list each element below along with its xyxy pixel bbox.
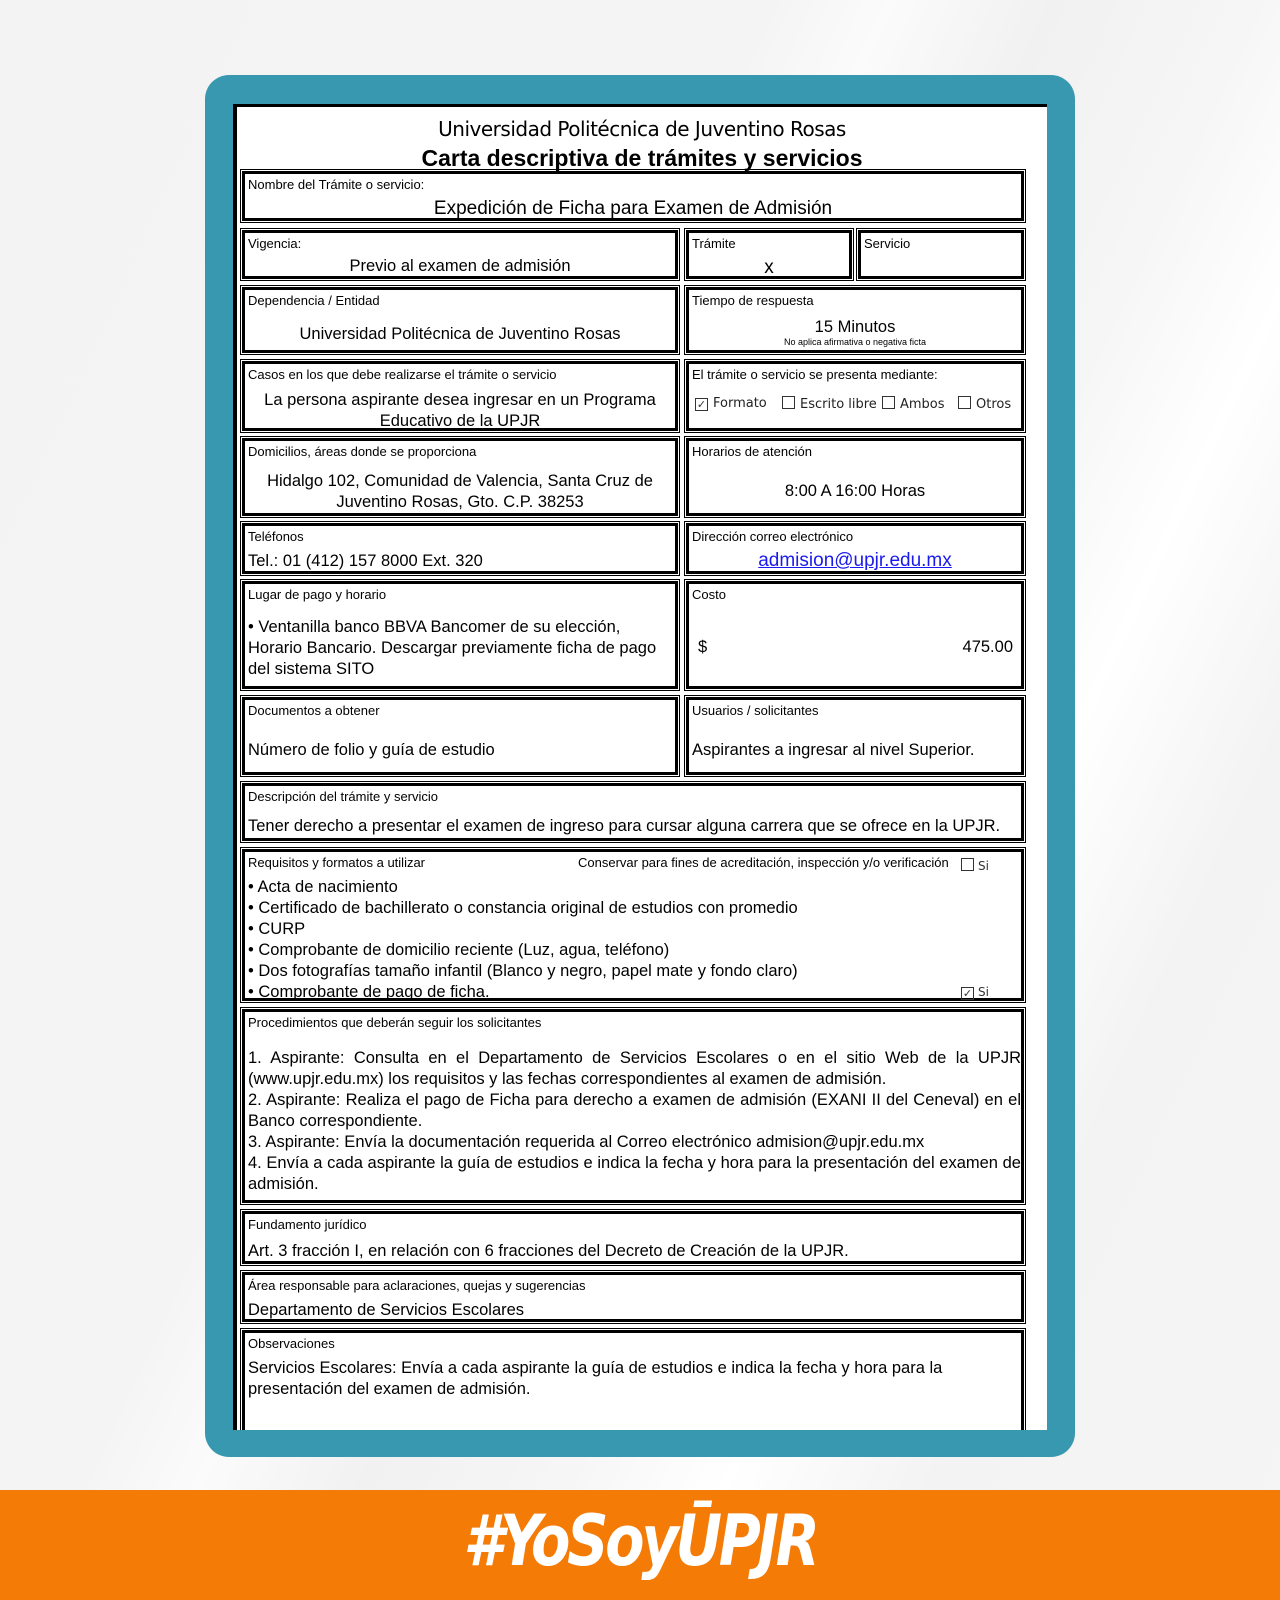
checkbox-icon[interactable] (961, 858, 974, 871)
procedure-step: 2. Aspirante: Realiza el pago de Ficha p… (248, 1090, 1021, 1132)
field-nombre: Nombre del Trámite o servicio: Expedició… (242, 171, 1024, 221)
field-label: Nombre del Trámite o servicio: (248, 177, 424, 192)
option-label: Ambos (900, 397, 945, 412)
field-value: admision@upjr.edu.mx (689, 550, 1021, 571)
field-label: Área responsable para aclaraciones, quej… (248, 1278, 585, 1293)
footer-banner: #YoSoyŪPJR (0, 1490, 1280, 1600)
option-escrito-libre[interactable]: Escrito libre (782, 396, 877, 412)
field-documentos: Documentos a obtener Número de folio y g… (242, 697, 678, 775)
field-label: Documentos a obtener (248, 703, 380, 718)
list-item: • CURP (248, 919, 798, 940)
conservar-label: Conservar para fines de acreditación, in… (578, 855, 949, 870)
field-label: Procedimientos que deberán seguir los so… (248, 1015, 541, 1030)
field-procedimientos: Procedimientos que deberán seguir los so… (242, 1009, 1024, 1203)
field-label: Domicilios, áreas donde se proporciona (248, 444, 476, 459)
document-sheet: Universidad Politécnica de Juventino Ros… (233, 104, 1047, 1430)
field-label: Horarios de atención (692, 444, 812, 459)
field-value: Tel.: 01 (412) 157 8000 Ext. 320 (248, 551, 483, 572)
procedure-step: 1. Aspirante: Consulta en el Departament… (248, 1048, 1021, 1090)
option-label: Otros (976, 397, 1011, 412)
field-label: Usuarios / solicitantes (692, 703, 818, 718)
field-casos: Casos en los que debe realizarse el trám… (242, 361, 678, 431)
field-fundamento: Fundamento jurídico Art. 3 fracción I, e… (242, 1211, 1024, 1264)
option-otros[interactable]: Otros (958, 396, 1011, 412)
field-observaciones: Observaciones Servicios Escolares: Envía… (242, 1330, 1024, 1430)
field-usuarios: Usuarios / solicitantes Aspirantes a ing… (686, 697, 1024, 775)
field-label: Trámite (692, 236, 736, 251)
field-correo: Dirección correo electrónico admision@up… (686, 523, 1024, 574)
field-value: Número de folio y guía de estudio (248, 740, 495, 761)
field-value: 15 Minutos (689, 317, 1021, 338)
field-label: Lugar de pago y horario (248, 587, 386, 602)
field-label: Casos en los que debe realizarse el trám… (248, 367, 557, 382)
checkbox-icon[interactable] (782, 396, 795, 409)
field-note: No aplica afirmativa o negativa ficta (689, 336, 1021, 348)
currency-symbol: $ (698, 637, 707, 658)
field-value: Previo al examen de admisión (245, 256, 675, 277)
field-value: Aspirantes a ingresar al nivel Superior. (692, 740, 974, 761)
email-link[interactable]: admision@upjr.edu.mx (758, 550, 952, 571)
si-label: Si (978, 859, 989, 873)
option-label: Escrito libre (800, 397, 877, 412)
list-item: • Acta de nacimiento (248, 877, 798, 898)
field-label: Dirección correo electrónico (692, 529, 853, 544)
requisitos-list: • Acta de nacimiento • Certificado de ba… (248, 877, 798, 1003)
option-label: Formato (713, 396, 767, 411)
field-value: Departamento de Servicios Escolares (248, 1300, 524, 1321)
field-label: Teléfonos (248, 529, 304, 544)
field-value: Tener derecho a presentar el examen de i… (248, 816, 1000, 837)
field-value: • Ventanilla banco BBVA Bancomer de su e… (248, 617, 669, 680)
field-label: El trámite o servicio se presenta median… (692, 367, 938, 382)
checkbox-checked-icon[interactable]: ✓ (961, 987, 974, 1000)
field-area-responsable: Área responsable para aclaraciones, quej… (242, 1272, 1024, 1322)
list-item: • Comprobante de pago de ficha. (248, 982, 798, 1003)
list-item: • Comprobante de domicilio reciente (Luz… (248, 940, 798, 961)
field-value: La persona aspirante desea ingresar en u… (245, 390, 675, 432)
field-tramite: Trámite x (686, 230, 852, 279)
field-value: Hidalgo 102, Comunidad de Valencia, Sant… (245, 471, 675, 513)
procedimientos-list: 1. Aspirante: Consulta en el Departament… (248, 1048, 1021, 1195)
field-label: Descripción del trámite y servicio (248, 789, 438, 804)
field-descripcion: Descripción del trámite y servicio Tener… (242, 783, 1024, 841)
field-value: Art. 3 fracción I, en relación con 6 fra… (248, 1241, 849, 1262)
field-vigencia: Vigencia: Previo al examen de admisión (242, 230, 678, 279)
hashtag-logo: #YoSoyŪPJR (115, 1500, 1165, 1582)
list-item: • Certificado de bachillerato o constanc… (248, 898, 798, 919)
conservar-top-si[interactable]: Si (961, 858, 989, 873)
tramite-mark: x (689, 257, 849, 278)
field-lugar-pago: Lugar de pago y horario • Ventanilla ban… (242, 581, 678, 689)
procedure-step: 4. Envía a cada aspirante la guía de est… (248, 1153, 1021, 1195)
field-value: Universidad Politécnica de Juventino Ros… (245, 324, 675, 345)
procedure-step: 3. Aspirante: Envía la documentación req… (248, 1132, 1021, 1153)
field-servicio: Servicio (858, 230, 1024, 279)
field-presenta: El trámite o servicio se presenta median… (686, 361, 1024, 431)
checkbox-checked-icon[interactable]: ✓ (695, 398, 708, 411)
field-value: 8:00 A 16:00 Horas (689, 481, 1021, 502)
field-label: Costo (692, 587, 726, 602)
field-dependencia: Dependencia / Entidad Universidad Polité… (242, 287, 678, 353)
field-requisitos: Requisitos y formatos a utilizar Conserv… (242, 849, 1024, 1001)
document-title: Carta descriptiva de trámites y servicio… (237, 145, 1047, 172)
field-horarios: Horarios de atención 8:00 A 16:00 Horas (686, 438, 1024, 516)
si-label: Si (978, 985, 989, 999)
option-ambos[interactable]: Ambos (882, 396, 945, 412)
field-value: Servicios Escolares: Envía a cada aspira… (248, 1358, 961, 1400)
field-tiempo: Tiempo de respuesta 15 Minutos No aplica… (686, 287, 1024, 353)
field-telefonos: Teléfonos Tel.: 01 (412) 157 8000 Ext. 3… (242, 523, 678, 574)
field-value: Expedición de Ficha para Examen de Admis… (245, 198, 1021, 219)
checkbox-icon[interactable] (958, 396, 971, 409)
field-label: Tiempo de respuesta (692, 293, 814, 308)
institution-name: Universidad Politécnica de Juventino Ros… (237, 117, 1047, 141)
checkbox-icon[interactable] (882, 396, 895, 409)
field-label: Requisitos y formatos a utilizar (248, 855, 425, 870)
field-label: Fundamento jurídico (248, 1217, 367, 1232)
field-label: Vigencia: (248, 236, 301, 251)
cost-value: 475.00 (963, 637, 1013, 658)
list-item: • Dos fotografías tamaño infantil (Blanc… (248, 961, 798, 982)
field-costo: Costo $ 475.00 (686, 581, 1024, 689)
conservar-bottom-si[interactable]: ✓Si (961, 985, 989, 1000)
field-label: Servicio (864, 236, 910, 251)
field-domicilios: Domicilios, áreas donde se proporciona H… (242, 438, 678, 516)
field-label: Observaciones (248, 1336, 335, 1351)
option-formato[interactable]: ✓Formato (695, 396, 767, 411)
field-label: Dependencia / Entidad (248, 293, 380, 308)
